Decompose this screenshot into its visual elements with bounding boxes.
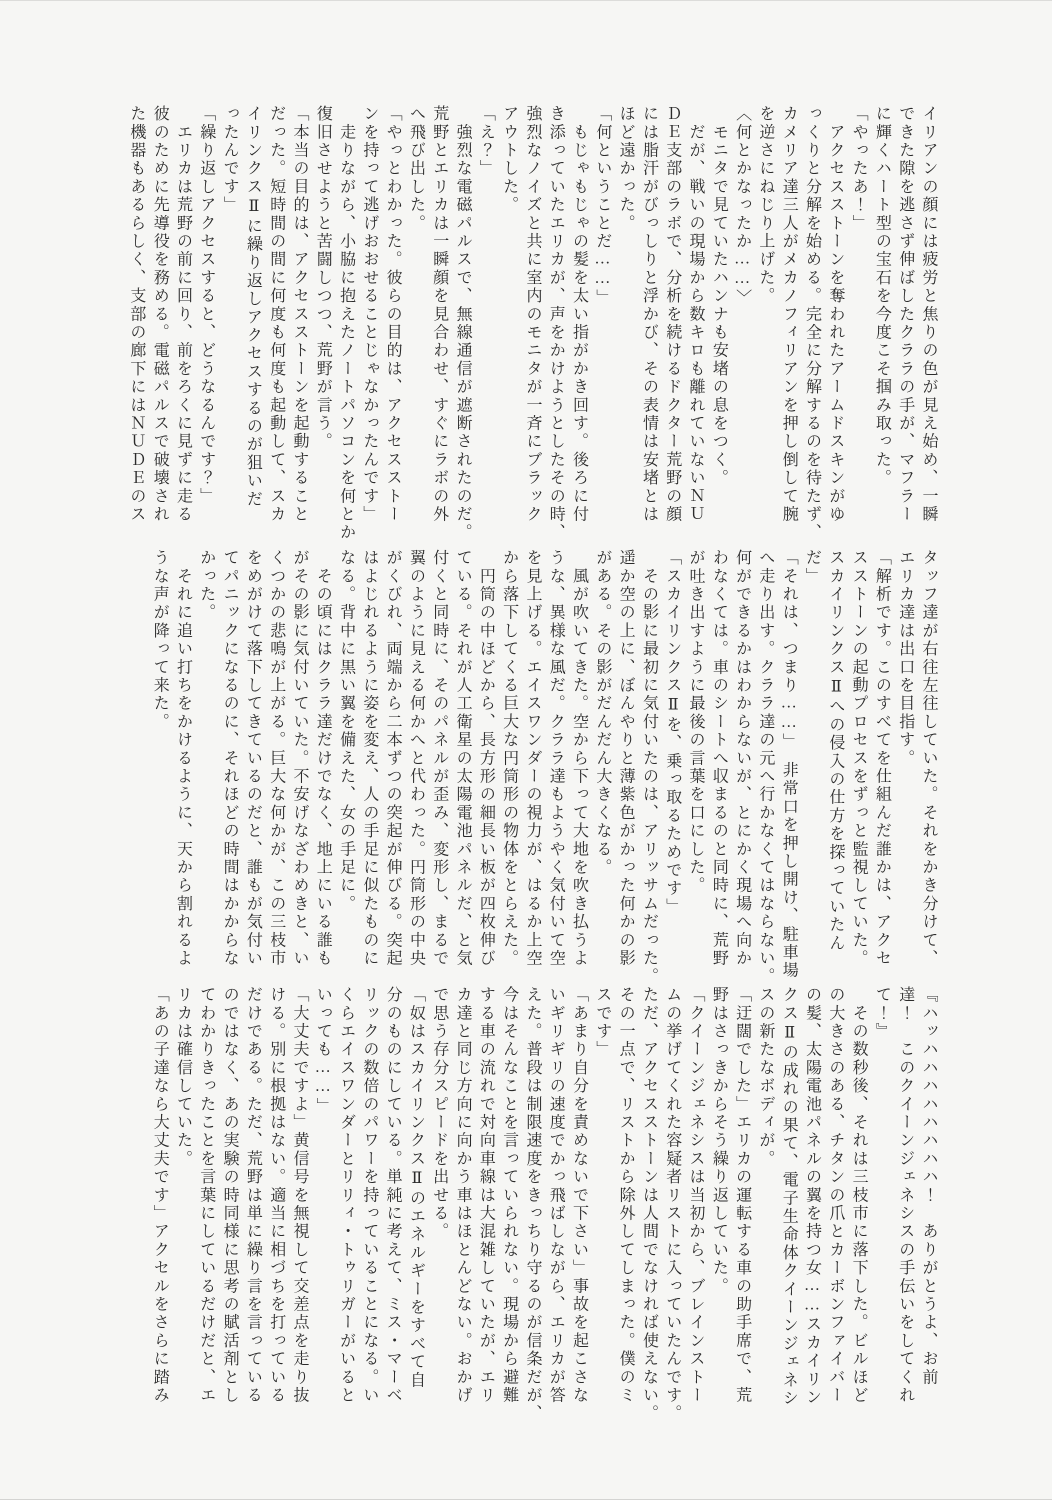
- novel-page: イリアンの顔には疲労と焦りの色が見え始め、一瞬 できた隙を逃さず伸ばしたクララの…: [0, 0, 1052, 1500]
- text-section-bottom: 『ハッハハハハハハハハ！ ありがとうよ、お前 達！ このクイーンジェネシスの手伝…: [108, 986, 940, 1414]
- text-section-top: イリアンの顔には疲労と焦りの色が見え始め、一瞬 できた隙を逃さず伸ばしたクララの…: [108, 105, 940, 533]
- text-section-middle: タッフ達が右往左往していた。それをかき分けて、 エリカ達は出口を目指す。 「解析…: [108, 549, 940, 977]
